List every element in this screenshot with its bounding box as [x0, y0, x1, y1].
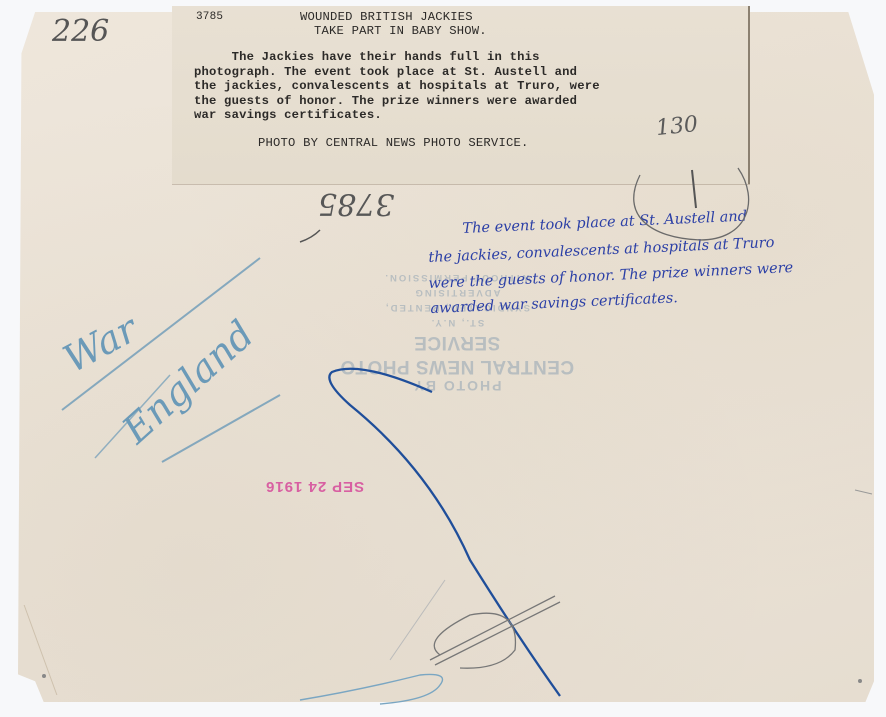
pencil-circled-number-1	[692, 170, 696, 208]
crayon-stroke	[95, 375, 170, 458]
blue-ink-line	[329, 369, 560, 696]
crayon-underline-war	[62, 258, 260, 410]
pencil-circle	[634, 168, 749, 240]
pen-marks-overlay	[0, 0, 886, 717]
crayon-underline-england	[162, 395, 280, 462]
crayon-bottom-scribble	[300, 674, 443, 704]
pencil-arrow-sketch	[430, 596, 560, 668]
